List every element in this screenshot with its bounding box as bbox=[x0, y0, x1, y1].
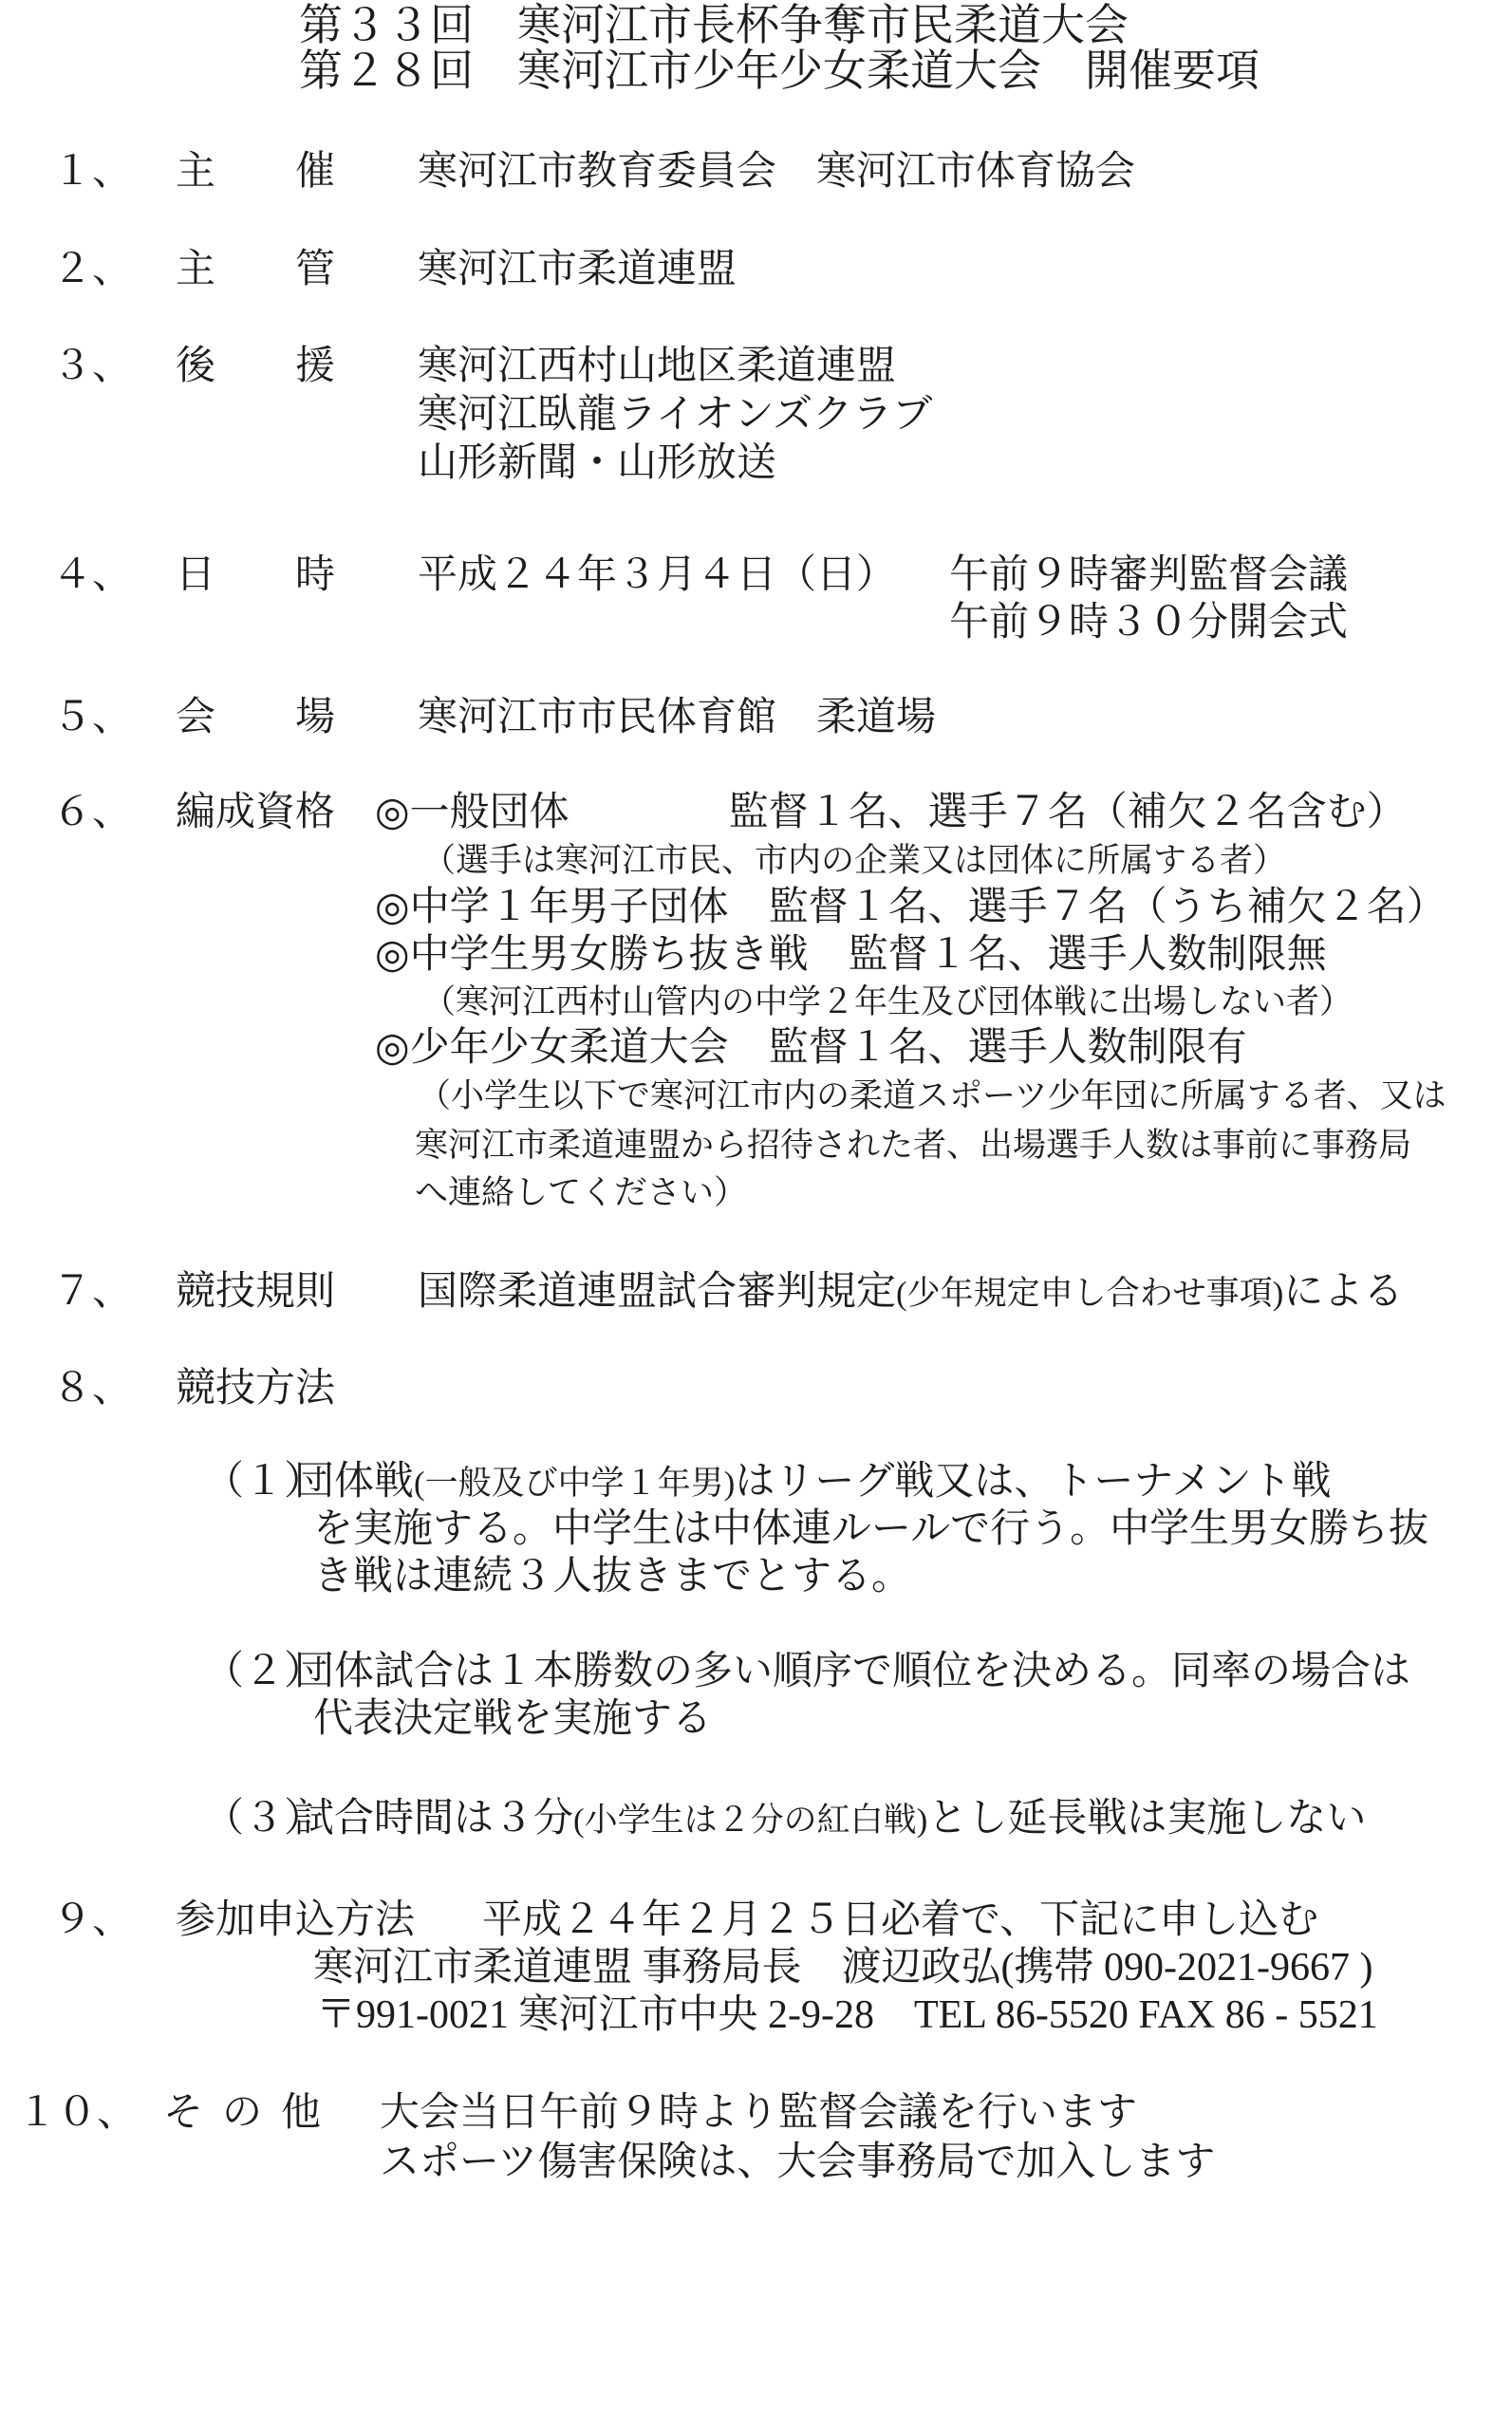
section6-item-jhs1-boys: ◎中学１年男子団体 監督１名、選手７名（うち補欠２名） bbox=[375, 888, 1447, 927]
section4-time2: 午前９時３０分開会式 bbox=[949, 603, 1348, 643]
section3-value-line3: 山形新聞・山形放送 bbox=[418, 443, 776, 483]
section6-item-jhs-kachinuki: ◎中学生男女勝ち抜き戦 監督１名、選手人数制限無 bbox=[375, 935, 1327, 975]
section8-item1-line3: き戦は連続３人抜きまでとする。 bbox=[313, 1557, 911, 1597]
section5-label: 会 場 bbox=[176, 698, 335, 738]
section5-number: ５、 bbox=[52, 698, 132, 738]
section9-line2: 寒河江市柔道連盟 事務局長 渡辺政弘(携帯 090-2021-9667 ) bbox=[313, 1948, 1372, 1988]
section1-number: １、 bbox=[52, 152, 132, 192]
section8-item1-pre: 団体戦 bbox=[294, 1460, 414, 1504]
section7-value-tail: による bbox=[1283, 1270, 1403, 1314]
section7-label: 競技規則 bbox=[176, 1272, 335, 1312]
section1-label: 主 催 bbox=[176, 152, 335, 192]
section2-label: 主 管 bbox=[176, 250, 335, 290]
section9-number: ９、 bbox=[52, 1900, 132, 1940]
section6-item-general: ◎一般団体 監督１名、選手７名（補欠２名含む） bbox=[375, 793, 1407, 832]
section8-label: 競技方法 bbox=[176, 1369, 335, 1409]
doc-title-line1: 第３３回 寒河江市長杯争奪市民柔道大会 bbox=[299, 4, 1129, 47]
section7-value-main: 国際柔道連盟試合審判規定 bbox=[418, 1270, 896, 1314]
section8-item3-pre: 試合時間は３分 bbox=[294, 1797, 573, 1841]
section6-note-youth-line2: 寒河江市柔道連盟から招待された者、出場選手人数は事前に事務局 bbox=[415, 1129, 1411, 1162]
section4-number: ４、 bbox=[52, 555, 132, 595]
section6-note-general: （選手は寒河江市民、市内の企業又は団体に所属する者） bbox=[422, 844, 1286, 877]
section4-time1: 午前９時審判監督会議 bbox=[949, 555, 1348, 595]
section2-number: ２、 bbox=[52, 250, 132, 290]
section10-label: その他 bbox=[163, 2093, 340, 2133]
doc-title-line2: 第２８回 寒河江市少年少女柔道大会 開催要項 bbox=[299, 49, 1260, 93]
section6-label: 編成資格 bbox=[176, 793, 335, 832]
section7-value: 国際柔道連盟試合審判規定(少年規定申し合わせ事項)による bbox=[418, 1272, 1403, 1312]
section3-number: ３、 bbox=[52, 346, 132, 386]
section8-item2-line2: 代表決定戦を実施する bbox=[313, 1699, 712, 1739]
section8-item3-line1: 試合時間は３分(小学生は２分の紅白戦)とし延長戦は実施しない bbox=[294, 1799, 1366, 1839]
section7-number: ７、 bbox=[52, 1272, 132, 1312]
section6-note-jhs: （寒河江西村山管内の中学２年生及び団体戦に出場しない者） bbox=[422, 985, 1353, 1019]
section9-label: 参加申込方法 bbox=[176, 1900, 415, 1940]
section8-number: ８、 bbox=[52, 1369, 132, 1409]
section1-value: 寒河江市教育委員会 寒河江市体育協会 bbox=[418, 152, 1135, 192]
section8-item3-paren: (小学生は２分の紅白戦) bbox=[573, 1802, 927, 1839]
section2-value: 寒河江市柔道連盟 bbox=[418, 250, 737, 290]
section6-note-youth-line1: （小学生以下で寒河江市内の柔道スポーツ少年団に所属する者、又は bbox=[418, 1079, 1447, 1112]
section10-number: １０、 bbox=[17, 2093, 137, 2133]
section3-value-line1: 寒河江西村山地区柔道連盟 bbox=[418, 346, 896, 386]
section10-line1: 大会当日午前９時より監督会議を行います bbox=[380, 2093, 1137, 2133]
section10-line2: スポーツ傷害保険は、大会事務局で加入します bbox=[380, 2142, 1215, 2182]
section4-label: 日 時 bbox=[176, 555, 335, 595]
section8-item1-line1: 団体戦(一般及び中学１年男)はリーグ戦又は、トーナメント戦 bbox=[294, 1462, 1332, 1502]
section6-number: ６、 bbox=[52, 793, 132, 832]
document-page: 第３３回 寒河江市長杯争奪市民柔道大会 第２８回 寒河江市少年少女柔道大会 開催… bbox=[0, 0, 1512, 2430]
section8-item2-line1: 団体試合は１本勝数の多い順序で順位を決める。同率の場合は bbox=[294, 1652, 1410, 1692]
section5-value: 寒河江市市民体育館 柔道場 bbox=[418, 698, 936, 738]
section8-item1-paren: (一般及び中学１年男) bbox=[414, 1465, 735, 1502]
section8-item1-line2: を実施する。中学生は中体連ルールで行う。中学生男女勝ち抜 bbox=[313, 1509, 1428, 1549]
section4-date: 平成２４年３月４日（日） bbox=[418, 555, 896, 595]
section9-line3: 〒991-0021 寒河江市中央 2-9-28 TEL 86-5520 FAX … bbox=[316, 1995, 1378, 2035]
section8-item1-post: はリーグ戦又は、トーナメント戦 bbox=[735, 1460, 1331, 1504]
section3-value-line2: 寒河江臥龍ライオンズクラブ bbox=[418, 395, 932, 435]
section9-line1: 平成２４年２月２５日必着で、下記に申し込む bbox=[482, 1900, 1318, 1940]
section6-item-youth: ◎少年少女柔道大会 監督１名、選手人数制限有 bbox=[375, 1028, 1247, 1068]
section8-item3-post: とし延長戦は実施しない bbox=[927, 1797, 1366, 1841]
section6-note-youth-line3: へ連絡してください） bbox=[415, 1176, 747, 1209]
section7-value-paren: (少年規定申し合わせ事項) bbox=[896, 1275, 1283, 1312]
section3-label: 後 援 bbox=[176, 346, 335, 386]
